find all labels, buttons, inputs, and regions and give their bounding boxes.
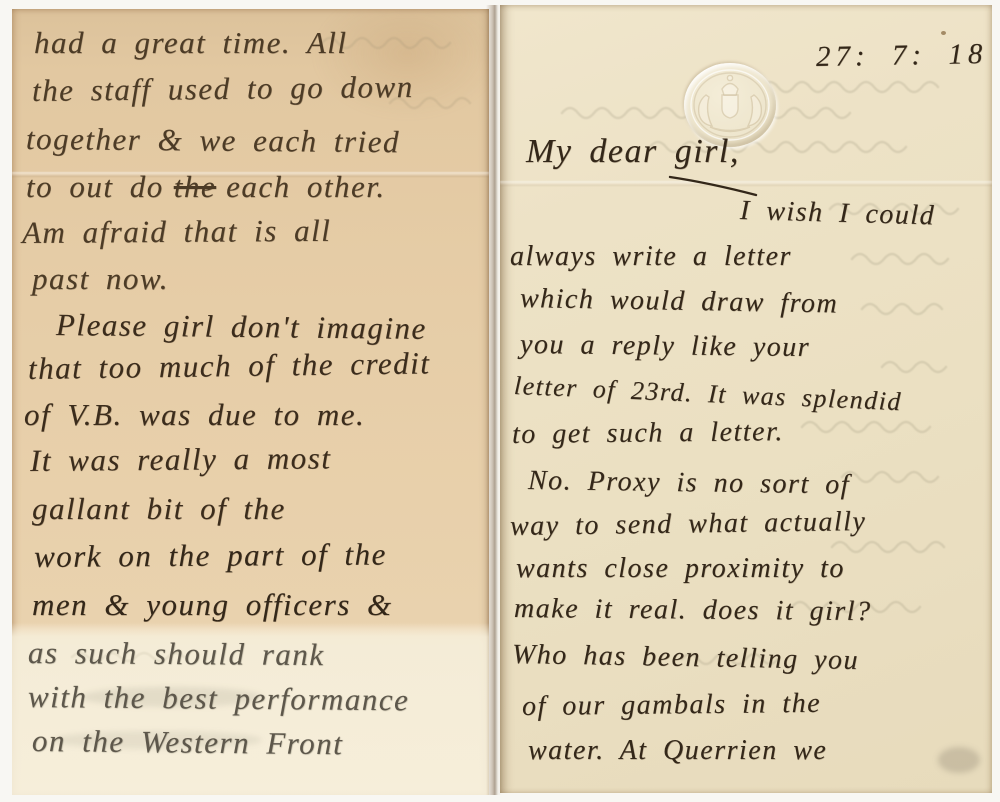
left-line-3: together & we each tried: [26, 121, 400, 160]
left-line-16: on the Western Front: [32, 723, 344, 762]
right-line-12: of our gambals in the: [522, 688, 821, 723]
left-line-4-post: each other.: [226, 169, 386, 204]
left-page: had a great time. All the staff used to …: [12, 9, 489, 795]
left-line-15: with the best performance: [28, 679, 410, 718]
right-line-7: No. Proxy is no sort of: [528, 465, 850, 501]
right-line-10: make it real. does it girl?: [514, 593, 872, 628]
right-line-4: you a reply like your: [520, 329, 810, 364]
left-line-4-pre: to out do: [26, 169, 164, 204]
right-line-6: to get such a letter.: [512, 416, 784, 451]
left-line-7: Please girl don't imagine: [56, 307, 427, 347]
right-line-11: Who has been telling you: [512, 639, 860, 677]
right-line-2: always write a letter: [510, 241, 792, 273]
right-line-5: letter of 23rd. It was splendid: [513, 371, 902, 417]
left-line-12: work on the part of the: [34, 537, 387, 575]
right-line-9: wants close proximity to: [516, 553, 845, 585]
left-line-8: that too much of the credit: [28, 345, 431, 387]
letter-date: 27: 7: 18: [816, 38, 988, 74]
ink-smudge: [938, 747, 980, 773]
right-line-3: which would draw from: [520, 283, 839, 321]
left-line-6: past now.: [32, 261, 169, 297]
right-line-8: way to send what actually: [510, 506, 867, 543]
right-page: 27: 7: 18 My dear girl, I wish I could a…: [500, 5, 992, 793]
stain-dot: [941, 31, 946, 35]
left-line-1: had a great time. All: [34, 25, 348, 61]
right-line-1: I wish I could: [740, 195, 936, 232]
right-line-13: water. At Querrien we: [528, 735, 827, 767]
left-line-13: men & young officers &: [32, 587, 393, 623]
left-line-11: gallant bit of the: [32, 491, 286, 527]
left-line-9: of V.B. was due to me.: [24, 397, 365, 433]
left-line-2: the staff used to go down: [32, 69, 414, 109]
left-line-10: It was really a most: [30, 440, 332, 479]
left-line-4: to out dotheeach other.: [26, 169, 386, 205]
left-line-14: as such should rank: [28, 635, 325, 673]
left-line-5: Am afraid that is all: [22, 213, 331, 251]
salutation: My dear girl,: [526, 133, 740, 171]
letter-scan: had a great time. All the staff used to …: [0, 0, 1000, 802]
struck-word: the: [174, 169, 216, 204]
